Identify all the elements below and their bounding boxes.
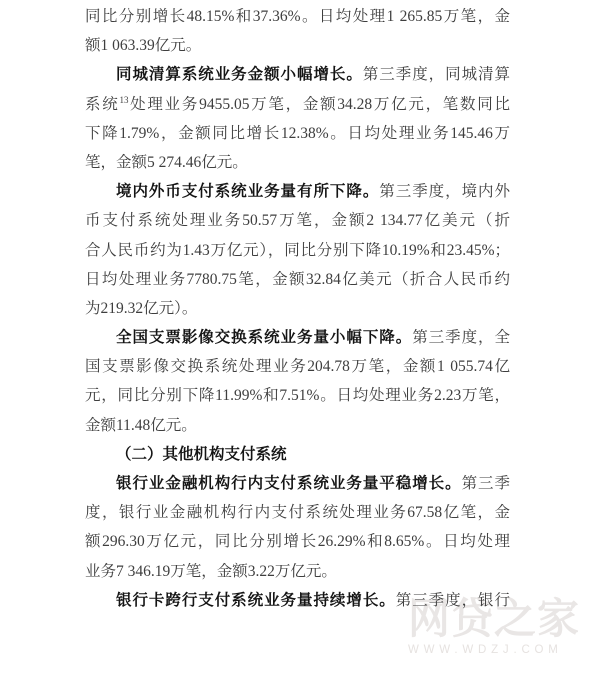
text-run: 元，同比分别下降11.99%和7.51%。日均处理业务2.23万笔，: [85, 387, 510, 404]
bold-run: 银行业金融机构行内支付系统业务量平稳增长。: [116, 475, 462, 492]
text-line-2: 额1 063.39亿元。: [85, 31, 510, 60]
bold-run: （二）其他机构支付系统: [116, 446, 287, 463]
bold-run: 境内外币支付系统业务量有所下降。: [116, 183, 379, 200]
text-line-7: 境内外币支付系统业务量有所下降。第三季度，境内外: [85, 177, 510, 206]
text-line-16: （二）其他机构支付系统: [85, 440, 510, 469]
text-line-18: 度，银行业金融机构行内支付系统处理业务67.58亿笔，金: [85, 498, 510, 527]
text-line-3: 同城清算系统业务金额小幅增长。第三季度，同城清算: [85, 60, 510, 89]
text-run: 金额11.48亿元。: [85, 417, 197, 434]
text-line-8: 币支付系统处理业务50.57万笔，金额2 134.77亿美元（折: [85, 206, 510, 235]
text-line-10: 日均处理业务7780.75笔，金额32.84亿美元（折合人民币约: [85, 265, 510, 294]
text-run: 币支付系统处理业务50.57万笔，金额2 134.77亿美元（折: [85, 212, 510, 229]
text-run: 第三季度，银行: [396, 592, 510, 609]
text-line-4: 系统13处理业务9455.05万笔，金额34.28万亿元，笔数同比: [85, 90, 510, 119]
text-run: 下降1.79%，金额同比增长12.38%。日均处理业务145.46万: [85, 125, 510, 142]
text-line-15: 金额11.48亿元。: [85, 411, 510, 440]
text-run: 国支票影像交换系统处理业务204.78万笔，金额1 055.74亿: [85, 358, 510, 375]
text-run: 系统: [85, 96, 119, 113]
text-line-9: 合人民币约为1.43万亿元），同比分别下降10.19%和23.45%；: [85, 236, 510, 265]
text-run: 第三季度，同城清算: [363, 66, 510, 83]
text-line-20: 业务7 346.19万笔，金额3.22万亿元。: [85, 557, 510, 586]
text-run: 业务7 346.19万笔，金额3.22万亿元。: [85, 563, 337, 580]
text-line-14: 元，同比分别下降11.99%和7.51%。日均处理业务2.23万笔，: [85, 381, 510, 410]
bold-run: 同城清算系统业务金额小幅增长。: [116, 66, 363, 83]
text-line-13: 国支票影像交换系统处理业务204.78万笔，金额1 055.74亿: [85, 352, 510, 381]
document-text: 同比分别增长48.15%和37.36%。日均处理1 265.85万笔，金额1 0…: [85, 2, 510, 615]
text-run: 为219.32亿元）。: [85, 300, 197, 317]
text-run: 第三季度，全: [412, 329, 510, 346]
text-run: 同比分别增长48.15%和37.36%。日均处理1 265.85万笔，金: [85, 8, 510, 25]
text-run: 度，银行业金融机构行内支付系统处理业务67.58亿笔，金: [85, 504, 510, 521]
text-line-21: 银行卡跨行支付系统业务量持续增长。第三季度，银行: [85, 586, 510, 615]
text-run: 额296.30万亿元，同比分别增长26.29%和8.65%。日均处理: [85, 533, 510, 550]
text-line-6: 笔，金额5 274.46亿元。: [85, 148, 510, 177]
text-line-5: 下降1.79%，金额同比增长12.38%。日均处理业务145.46万: [85, 119, 510, 148]
watermark-url: WWW.WDZJ.COM: [408, 644, 590, 656]
text-run: 日均处理业务7780.75笔，金额32.84亿美元（折合人民币约: [85, 271, 510, 288]
text-line-12: 全国支票影像交换系统业务量小幅下降。第三季度，全: [85, 323, 510, 352]
document-page: 网贷之家 WWW.WDZJ.COM 同比分别增长48.15%和37.36%。日均…: [0, 0, 590, 675]
text-run: 合人民币约为1.43万亿元），同比分别下降10.19%和23.45%；: [85, 242, 510, 259]
text-line-19: 额296.30万亿元，同比分别增长26.29%和8.65%。日均处理: [85, 527, 510, 556]
bold-run: 全国支票影像交换系统业务量小幅下降。: [116, 329, 412, 346]
text-run: 处理业务9455.05万笔，金额34.28万亿元，笔数同比: [128, 96, 510, 113]
text-run: 第三季: [462, 475, 510, 492]
text-run: 笔，金额5 274.46亿元。: [85, 154, 248, 171]
text-run: 额1 063.39亿元。: [85, 37, 201, 54]
text-line-17: 银行业金融机构行内支付系统业务量平稳增长。第三季: [85, 469, 510, 498]
text-run: 第三季度，境内外: [379, 183, 510, 200]
text-line-11: 为219.32亿元）。: [85, 294, 510, 323]
text-line-1: 同比分别增长48.15%和37.36%。日均处理1 265.85万笔，金: [85, 2, 510, 31]
bold-run: 银行卡跨行支付系统业务量持续增长。: [116, 592, 396, 609]
